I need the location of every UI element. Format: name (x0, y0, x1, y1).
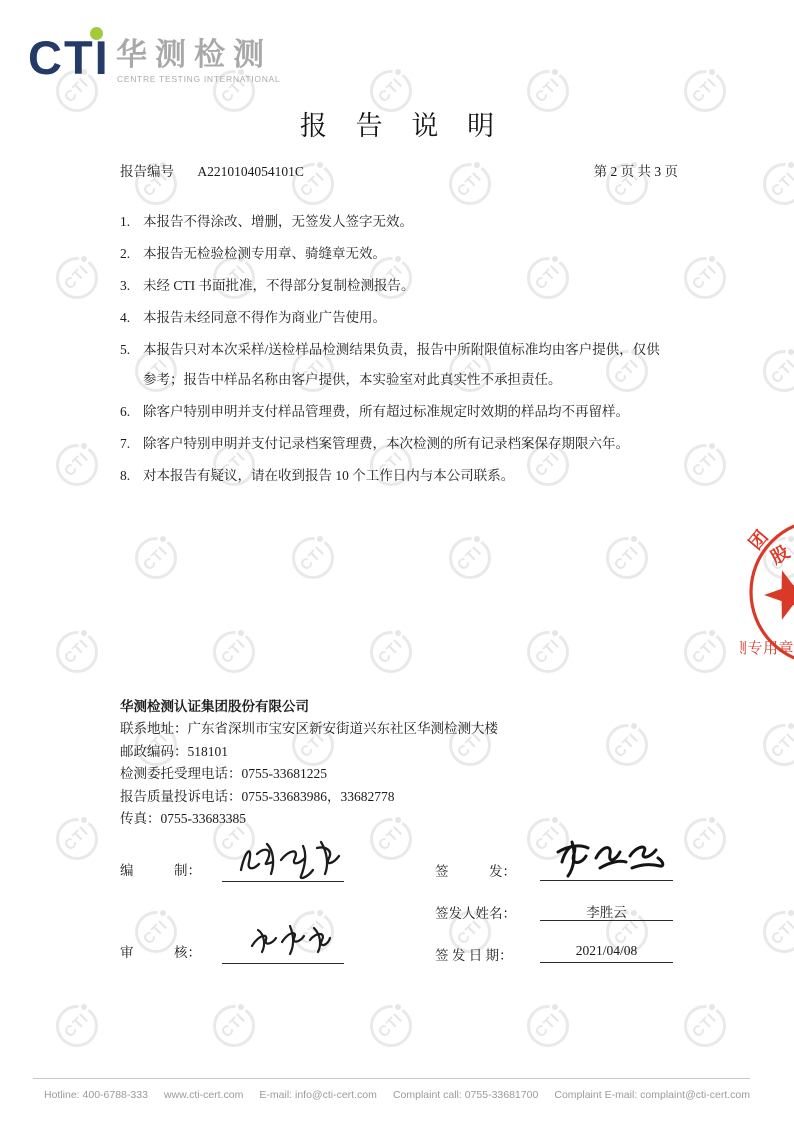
issuer-name-value: 李胜云 (540, 901, 673, 921)
issue-date-value: 2021/04/08 (540, 943, 673, 959)
note-number: 3. (120, 271, 143, 301)
cti-logo-text: CTI (28, 34, 110, 82)
report-number-value: A2210104054101C (197, 164, 304, 180)
company-postcode: 邮政编码：518101 (120, 741, 498, 763)
note-number: 8. (120, 461, 143, 491)
footer-contact-item: Hotline: 400-6788-333 (44, 1089, 148, 1101)
note-number: 7. (120, 429, 143, 459)
report-note-item: 7.除客户特别申明并支付记录档案管理费，本次检测的所有记录档案保存期限六年。 (120, 429, 668, 459)
note-number: 1. (120, 207, 143, 237)
note-number: 5. (120, 335, 143, 395)
issued-handwritten-signature (552, 838, 670, 882)
page-title: 报 告 说 明 (0, 104, 794, 143)
prepared-handwritten-signature (233, 840, 351, 882)
issue-date-label: 签 发 日 期： (435, 944, 513, 964)
footer-divider (33, 1078, 750, 1079)
page-indicator: 第 2 页 共 3 页 (594, 160, 678, 180)
issue-date-line (540, 962, 673, 963)
seal-bottom-text: 测专用章 (740, 639, 794, 657)
report-notes-list: 1.本报告不得涂改、增删，无签发人签字无效。2.本报告无检验检测专用章、骑缝章无… (120, 207, 668, 493)
note-text: 本报告不得涂改、增删，无签发人签字无效。 (143, 207, 668, 237)
footer-contact-item: Complaint call: 0755-33681700 (393, 1089, 538, 1101)
company-entrust-phone: 检测委托受理电话：0755-33681225 (120, 763, 498, 785)
company-address: 联系地址：广东省深圳市宝安区新安街道兴东社区华测检测大楼 (120, 718, 498, 740)
note-number: 4. (120, 303, 143, 333)
report-number-label: 报告编号 (120, 160, 174, 180)
report-note-item: 2.本报告无检验检测专用章、骑缝章无效。 (120, 239, 668, 269)
note-text: 本报告未经同意不得作为商业广告使用。 (143, 303, 668, 333)
company-fax: 传真：0755-33683385 (120, 808, 498, 830)
report-note-item: 1.本报告不得涂改、增删，无签发人签字无效。 (120, 207, 668, 237)
issuer-name-label: 签发人姓名： (435, 902, 516, 922)
report-number-row: 报告编号 A2210104054101C (120, 160, 304, 180)
prepared-by-label: 编 制： (120, 859, 201, 879)
reviewed-signature-line (222, 963, 344, 964)
report-note-item: 5.本报告只对本次采样/送检样品检测结果负责，报告中所附限值标准均由客户提供，仅… (120, 335, 668, 395)
note-text: 除客户特别申明并支付样品管理费，所有超过标准规定时效期的样品均不再留样。 (143, 397, 668, 427)
footer-contact-row: Hotline: 400-6788-333www.cti-cert.comE-m… (44, 1089, 750, 1101)
footer-contact-item: Complaint E-mail: complaint@cti-cert.com (554, 1089, 750, 1101)
note-text: 除客户特别申明并支付记录档案管理费，本次检测的所有记录档案保存期限六年。 (143, 429, 668, 459)
footer-contact-item: www.cti-cert.com (164, 1089, 243, 1101)
note-number: 6. (120, 397, 143, 427)
cti-logo-dot-icon (90, 27, 103, 40)
note-text: 未经 CTI 书面批准，不得部分复制检测报告。 (143, 271, 668, 301)
company-quality-phone: 报告质量投诉电话：0755-33683986，33682778 (120, 786, 498, 808)
company-logo-english: CENTRE TESTING INTERNATIONAL (117, 74, 280, 84)
report-note-item: 4.本报告未经同意不得作为商业广告使用。 (120, 303, 668, 333)
reviewed-handwritten-signature (248, 924, 336, 958)
company-name: 华测检测认证集团股份有限公司 (120, 696, 498, 718)
report-note-item: 6.除客户特别申明并支付样品管理费，所有超过标准规定时效期的样品均不再留样。 (120, 397, 668, 427)
issued-by-label: 签 发： (435, 860, 516, 880)
seal-arc-char-2: 股 (767, 541, 793, 568)
report-page: CTI 华测检测 CENTRE TESTING INTERNATIONAL 报 … (0, 0, 794, 1123)
note-number: 2. (120, 239, 143, 269)
company-logo-chinese: 华测检测 (116, 38, 272, 72)
company-info-block: 华测检测认证集团股份有限公司 联系地址：广东省深圳市宝安区新安街道兴东社区华测检… (120, 696, 498, 830)
report-note-item: 3.未经 CTI 书面批准，不得部分复制检测报告。 (120, 271, 668, 301)
company-red-seal: 团 股 测专用章 (740, 516, 794, 671)
note-text: 对本报告有疑议，请在收到报告 10 个工作日内与本公司联系。 (143, 461, 668, 491)
report-note-item: 8.对本报告有疑议，请在收到报告 10 个工作日内与本公司联系。 (120, 461, 668, 491)
note-text: 本报告只对本次采样/送检样品检测结果负责，报告中所附限值标准均由客户提供，仅供参… (143, 335, 668, 395)
reviewed-by-label: 审 核： (120, 941, 201, 961)
note-text: 本报告无检验检测专用章、骑缝章无效。 (143, 239, 668, 269)
footer-contact-item: E-mail: info@cti-cert.com (259, 1089, 376, 1101)
